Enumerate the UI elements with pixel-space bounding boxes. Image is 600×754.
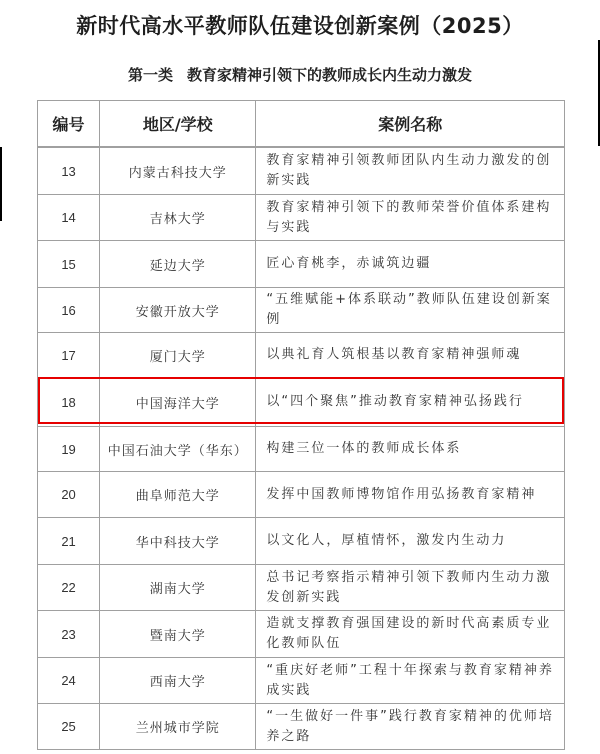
row-number: 22 (38, 565, 100, 611)
table-row: 21华中科技大学以文化人，厚植情怀，激发内生动力 (38, 518, 565, 565)
row-school: 安徽开放大学 (100, 288, 256, 333)
row-number: 15 (38, 241, 100, 288)
row-number: 16 (38, 288, 100, 333)
header-case-name: 案例名称 (256, 101, 565, 147)
row-number: 14 (38, 195, 100, 241)
row-number: 24 (38, 658, 100, 704)
category-title: 教育家精神引领下的教师成长内生动力激发 (187, 66, 472, 84)
table-row: 13内蒙古科技大学教育家精神引领教师团队内生动力激发的创新实践 (38, 148, 565, 195)
cases-table: 13内蒙古科技大学教育家精神引领教师团队内生动力激发的创新实践14吉林大学教育家… (37, 147, 565, 750)
row-school: 兰州城市学院 (100, 704, 256, 750)
row-case-name: 发挥中国教师博物馆作用弘扬教育家精神 (256, 472, 565, 518)
row-school: 延边大学 (100, 241, 256, 288)
row-school: 湖南大学 (100, 565, 256, 611)
table-row: 20曲阜师范大学发挥中国教师博物馆作用弘扬教育家精神 (38, 472, 565, 518)
table-row: 16安徽开放大学“五维赋能+体系联动”教师队伍建设创新案例 (38, 288, 565, 333)
screenshot-edge-left (0, 147, 2, 221)
row-number: 23 (38, 611, 100, 658)
header-school: 地区/学校 (100, 101, 256, 147)
table-row: 23暨南大学造就支撑教育强国建设的新时代高素质专业化教师队伍 (38, 611, 565, 658)
row-school: 暨南大学 (100, 611, 256, 658)
row-case-name: “五维赋能+体系联动”教师队伍建设创新案例 (256, 288, 565, 333)
row-number: 20 (38, 472, 100, 518)
table-row: 17厦门大学以典礼育人筑根基以教育家精神强师魂 (38, 333, 565, 378)
row-case-name: 教育家精神引领下的教师荣誉价值体系建构与实践 (256, 195, 565, 241)
row-school: 中国海洋大学 (100, 378, 256, 427)
row-number: 25 (38, 704, 100, 750)
row-school: 中国石油大学（华东） (100, 427, 256, 472)
table-row: 19中国石油大学（华东）构建三位一体的教师成长体系 (38, 427, 565, 472)
table-row: 14吉林大学教育家精神引领下的教师荣誉价值体系建构与实践 (38, 195, 565, 241)
row-school: 曲阜师范大学 (100, 472, 256, 518)
table-row: 22湖南大学总书记考察指示精神引领下教师内生动力激发创新实践 (38, 565, 565, 611)
table-row: 15延边大学匠心育桃李，赤诚筑边疆 (38, 241, 565, 288)
row-case-name: 构建三位一体的教师成长体系 (256, 427, 565, 472)
row-number: 18 (38, 378, 100, 427)
header-number: 编号 (38, 101, 100, 147)
row-school: 西南大学 (100, 658, 256, 704)
row-case-name: 教育家精神引领教师团队内生动力激发的创新实践 (256, 148, 565, 195)
table-row: 25兰州城市学院“一生做好一件事”践行教育家精神的优师培养之路 (38, 704, 565, 750)
row-number: 19 (38, 427, 100, 472)
row-number: 17 (38, 333, 100, 378)
row-case-name: “一生做好一件事”践行教育家精神的优师培养之路 (256, 704, 565, 750)
table-row: 24西南大学“重庆好老师”工程十年探索与教育家精神养成实践 (38, 658, 565, 704)
category-label: 第一类 (128, 66, 173, 84)
row-number: 13 (38, 148, 100, 195)
row-school: 厦门大学 (100, 333, 256, 378)
row-number: 21 (38, 518, 100, 565)
row-case-name: 以“四个聚焦”推动教育家精神弘扬践行 (256, 378, 565, 427)
category-heading: 第一类教育家精神引领下的教师成长内生动力激发 (0, 64, 600, 85)
row-school: 华中科技大学 (100, 518, 256, 565)
document-title: 新时代高水平教师队伍建设创新案例（2025） (0, 10, 600, 40)
row-case-name: 以文化人，厚植情怀，激发内生动力 (256, 518, 565, 565)
row-case-name: 以典礼育人筑根基以教育家精神强师魂 (256, 333, 565, 378)
row-school: 吉林大学 (100, 195, 256, 241)
row-case-name: 造就支撑教育强国建设的新时代高素质专业化教师队伍 (256, 611, 565, 658)
row-case-name: 匠心育桃李，赤诚筑边疆 (256, 241, 565, 288)
row-case-name: 总书记考察指示精神引领下教师内生动力激发创新实践 (256, 565, 565, 611)
table-header: 编号 地区/学校 案例名称 (37, 100, 565, 147)
header-row: 编号 地区/学校 案例名称 (38, 101, 565, 147)
row-school: 内蒙古科技大学 (100, 148, 256, 195)
row-case-name: “重庆好老师”工程十年探索与教育家精神养成实践 (256, 658, 565, 704)
table-row-highlighted: 18中国海洋大学以“四个聚焦”推动教育家精神弘扬践行 (38, 378, 565, 427)
